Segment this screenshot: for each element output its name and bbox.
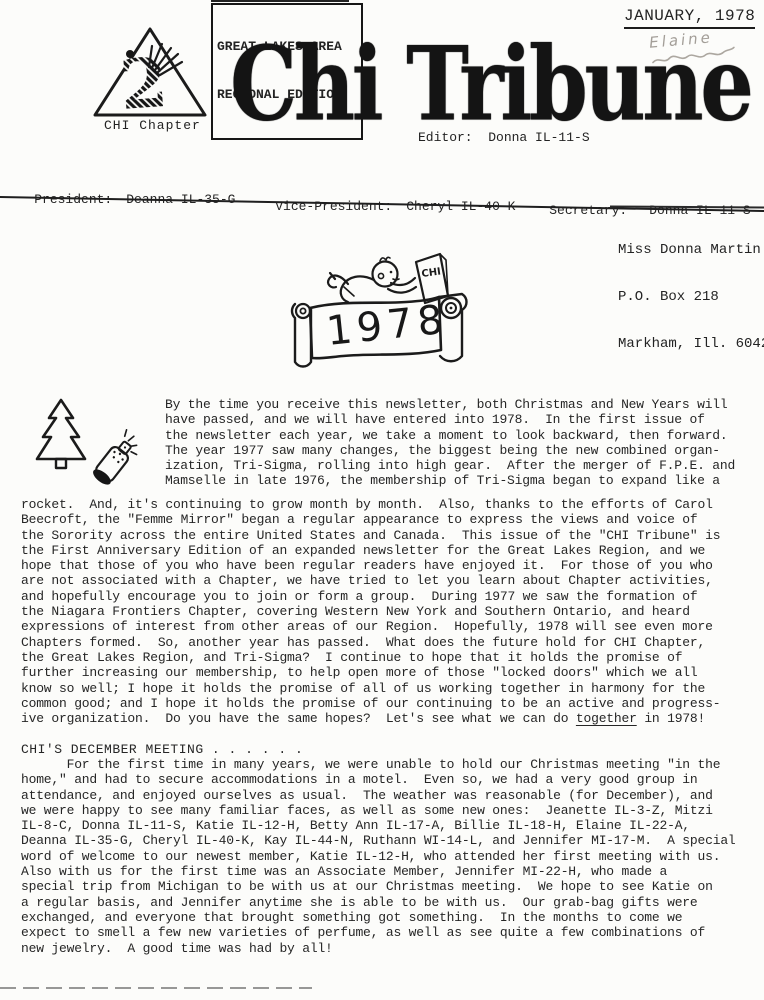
text-line: expressions of interest from other areas… xyxy=(21,619,720,634)
paragraph-2: For the first time in many years, we wer… xyxy=(21,757,736,956)
christmas-tree-icon xyxy=(34,397,88,479)
text-line: home," and had to secure accommodations … xyxy=(21,772,736,787)
text-line: have passed, and we will have entered in… xyxy=(165,412,735,427)
baby-1978-banner-illustration: 1978 CHI xyxy=(288,250,476,376)
text-line: new jewelry. A good time was had by all! xyxy=(21,941,736,956)
text-line: Also with us for the first time was an A… xyxy=(21,864,736,879)
last-line-pre: ive organization. Do you have the same h… xyxy=(21,711,576,726)
text-line: special trip from Michigan to be with us… xyxy=(21,879,736,894)
text-line: expect to smell a few new varieties of p… xyxy=(21,925,736,940)
text-line: the Sorority across the entire United St… xyxy=(21,528,720,543)
text-line: common good; and I hope it holds the pro… xyxy=(21,696,720,711)
text-line: the Niagara Frontiers Chapter, covering … xyxy=(21,604,720,619)
banner-year: 1978 xyxy=(324,296,450,354)
text-line: a regular basis, and Jennifer anytime sh… xyxy=(21,895,736,910)
text-line: know so well; I hope it holds the promis… xyxy=(21,681,720,696)
text-line: Chapters formed. So, another year has pa… xyxy=(21,635,720,650)
newsletter-page: GREAT LAKES AREA REGIONAL EDITION JANUAR… xyxy=(0,0,764,1000)
underlined-word: together xyxy=(576,711,637,726)
paragraph-1-full-width: rocket. And, it's continuing to grow mon… xyxy=(21,497,720,711)
text-line: the First Anniversary Edition of an expa… xyxy=(21,543,720,558)
bottom-faint-line xyxy=(0,987,312,989)
address-box: P.O. Box 218 xyxy=(618,290,764,306)
text-line: word of welcome to our newest member, Ka… xyxy=(21,849,736,864)
text-line: ization, Tri-Sigma, rolling into high ge… xyxy=(165,458,735,473)
text-line: ive organization. Do you have the same h… xyxy=(21,711,705,726)
text-line: hope that those of you who have been reg… xyxy=(21,558,720,573)
text-line: IL-8-C, Donna IL-11-S, Katie IL-12-H, Be… xyxy=(21,818,736,833)
text-line: we were happy to see many familiar faces… xyxy=(21,803,736,818)
text-line: Deanna IL-35-G, Cheryl IL-40-K, Kay IL-4… xyxy=(21,833,736,848)
address-name: Miss Donna Martin xyxy=(618,243,764,259)
scan-artifact-line xyxy=(211,0,349,2)
paper-title: Chi Tribune xyxy=(230,24,750,144)
banner-paper-label: CHI xyxy=(421,266,442,280)
paragraph-1-last-line: ive organization. Do you have the same h… xyxy=(21,711,705,726)
champagne-bottle-icon xyxy=(82,428,140,492)
text-line: and hopefully encourage you to join or f… xyxy=(21,589,720,604)
text-line: the newsletter each year, we take a mome… xyxy=(165,428,735,443)
text-line: Mamselle in late 1976, the membership of… xyxy=(165,473,735,488)
chapter-triangle-logo-icon: 2 xyxy=(92,26,208,118)
text-line: exchanged, and everyone that brought som… xyxy=(21,910,736,925)
text-line: the Great Lakes Region, and Tri-Sigma? I… xyxy=(21,650,720,665)
text-line: attendance, and enjoyed ourselves as usu… xyxy=(21,788,736,803)
text-line: The year 1977 saw many changes, the bigg… xyxy=(165,443,735,458)
paragraph-1-indented: By the time you receive this newsletter,… xyxy=(165,397,735,489)
text-line: For the first time in many years, we wer… xyxy=(21,757,736,772)
last-line-post: in 1978! xyxy=(637,711,705,726)
text-line: further increasing our membership, to he… xyxy=(21,665,720,680)
editor-line: Editor: Donna IL-11-S xyxy=(418,130,590,145)
section-heading: CHI'S DECEMBER MEETING . . . . . . xyxy=(21,742,303,757)
text-line: rocket. And, it's continuing to grow mon… xyxy=(21,497,720,512)
logo-caption: CHI Chapter xyxy=(104,118,201,133)
address-city: Markham, Ill. 60426 xyxy=(618,337,764,353)
text-line: Beecroft, the "Femme Mirror" began a reg… xyxy=(21,512,720,527)
svg-text:2: 2 xyxy=(117,43,170,118)
text-line: are not associated with a Chapter, we ha… xyxy=(21,573,720,588)
mailing-address: Miss Donna Martin P.O. Box 218 Markham, … xyxy=(618,211,764,385)
text-line: By the time you receive this newsletter,… xyxy=(165,397,735,412)
